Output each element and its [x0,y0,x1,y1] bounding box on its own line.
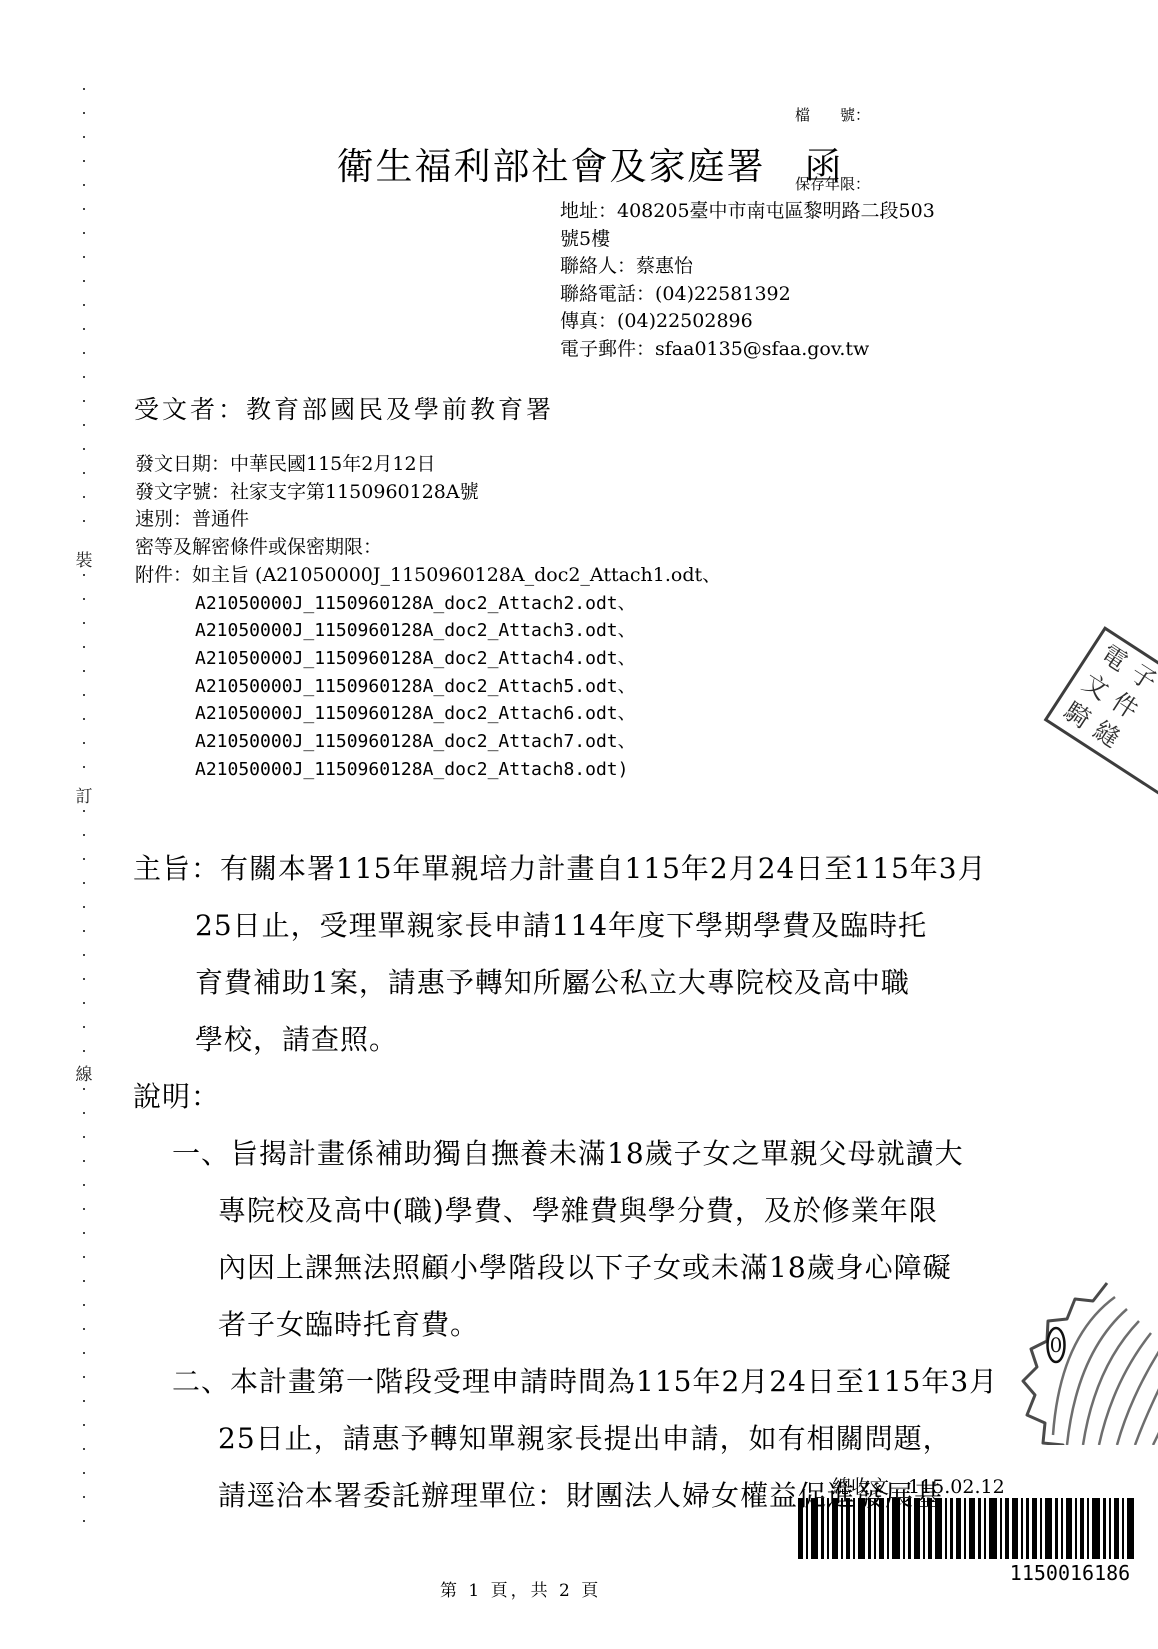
attachment-line: A21050000J_1150960128A_doc2_Attach6.odt、 [195,700,721,728]
meta-block: 發文日期：中華民國115年2月12日 發文字號：社家支字第1150960128A… [135,451,721,783]
sender-block: 地址：408205臺中市南屯區黎明路二段503 號5樓 聯絡人：蔡惠怡 聯絡電話… [560,198,935,363]
item2-line: 二、本計畫第一階段受理申請時間為115年2月24日至115年3月 [172,1353,1033,1410]
seam-stamp: 電子 文件 騎縫 [1044,626,1158,802]
meta-doc-number: 發文字號：社家支字第1150960128A號 [135,479,721,507]
received-date-stamp: 總收文 115.02.12 [832,1472,1005,1499]
binding-dotted-line [83,810,85,1054]
sender-address-line-2: 號5樓 [560,226,935,254]
item1-line: 一、旨揭計畫係補助獨自撫養未滿18歲子女之單親父母就讀大 [172,1125,1033,1182]
attachment-line: A21050000J_1150960128A_doc2_Attach3.odt、 [195,617,721,645]
document-title: 衛生福利部社會及家庭署 函 [150,136,1030,190]
item1-line: 者子女臨時托育費。 [218,1296,1033,1353]
sender-email: 電子郵件：sfaa0135@sfaa.gov.tw [560,336,935,364]
file-number-label: 檔 號： [795,104,870,127]
sender-phone: 聯絡電話：(04)22581392 [560,281,935,309]
sender-fax: 傳真：(04)22502896 [560,308,935,336]
attachment-line: A21050000J_1150960128A_doc2_Attach7.odt、 [195,728,721,756]
subject-line: 育費補助1案，請惠予轉知所屬公私立大專院校及高中職 [195,954,1033,1011]
meta-date: 發文日期：中華民國115年2月12日 [135,451,721,479]
barcode-number: 1150016186 [990,1561,1150,1585]
attachment-line: A21050000J_1150960128A_doc2_Attach5.odt、 [195,673,721,701]
binding-mark-xian: 線 [72,1060,96,1085]
flower-seal: 0 [1015,1275,1158,1449]
sender-contact: 聯絡人：蔡惠怡 [560,253,935,281]
sender-address-line-1: 地址：408205臺中市南屯區黎明路二段503 [560,198,935,226]
item1-line: 內因上課無法照顧小學階段以下子女或未滿18歲身心障礙 [218,1239,1033,1296]
binding-mark-ding: 訂 [72,782,96,807]
document-page: 檔 號： 保存年限： 衛生福利部社會及家庭署 函 地址：408205臺中市南屯區… [0,0,1158,1649]
attachment-line: A21050000J_1150960128A_doc2_Attach4.odt、 [195,645,721,673]
binding-dotted-line [83,574,85,776]
binding-dotted-line [83,1088,85,1540]
attachment-line: A21050000J_1150960128A_doc2_Attach2.odt、 [195,590,721,618]
binding-mark-zhuang: 裝 [72,546,96,571]
flower-seal-graphic: 0 [1015,1275,1158,1445]
binding-dotted-line [83,88,85,538]
seal-digit: 0 [1050,1333,1063,1357]
explanation-label: 說明： [133,1068,1033,1125]
page-number-footer: 第 1 頁，共 2 頁 [440,1576,601,1601]
meta-attachment-first: 附件：如主旨 (A21050000J_1150960128A_doc2_Atta… [135,562,721,590]
subject-line: 主旨：有關本署115年單親培力計畫自115年2月24日至115年3月 [133,840,1033,897]
item1-line: 專院校及高中(職)學費、學雜費與學分費，及於修業年限 [218,1182,1033,1239]
item2-line: 25日止，請惠予轉知單親家長提出申請，如有相關問題， [218,1410,1033,1467]
subject-line: 25日止，受理單親家長申請114年度下學期學費及臨時托 [195,897,1033,954]
barcode [798,1498,1135,1563]
meta-speed: 速別：普通件 [135,506,721,534]
subject-line: 學校，請查照。 [195,1011,1033,1068]
meta-security: 密等及解密條件或保密期限： [135,534,721,562]
letter-body: 主旨：有關本署115年單親培力計畫自115年2月24日至115年3月 25日止，… [133,840,1033,1524]
recipient-line: 受文者：教育部國民及學前教育署 [134,390,554,426]
barcode-graphic [798,1498,1135,1559]
attachment-line: A21050000J_1150960128A_doc2_Attach8.odt) [195,756,721,784]
